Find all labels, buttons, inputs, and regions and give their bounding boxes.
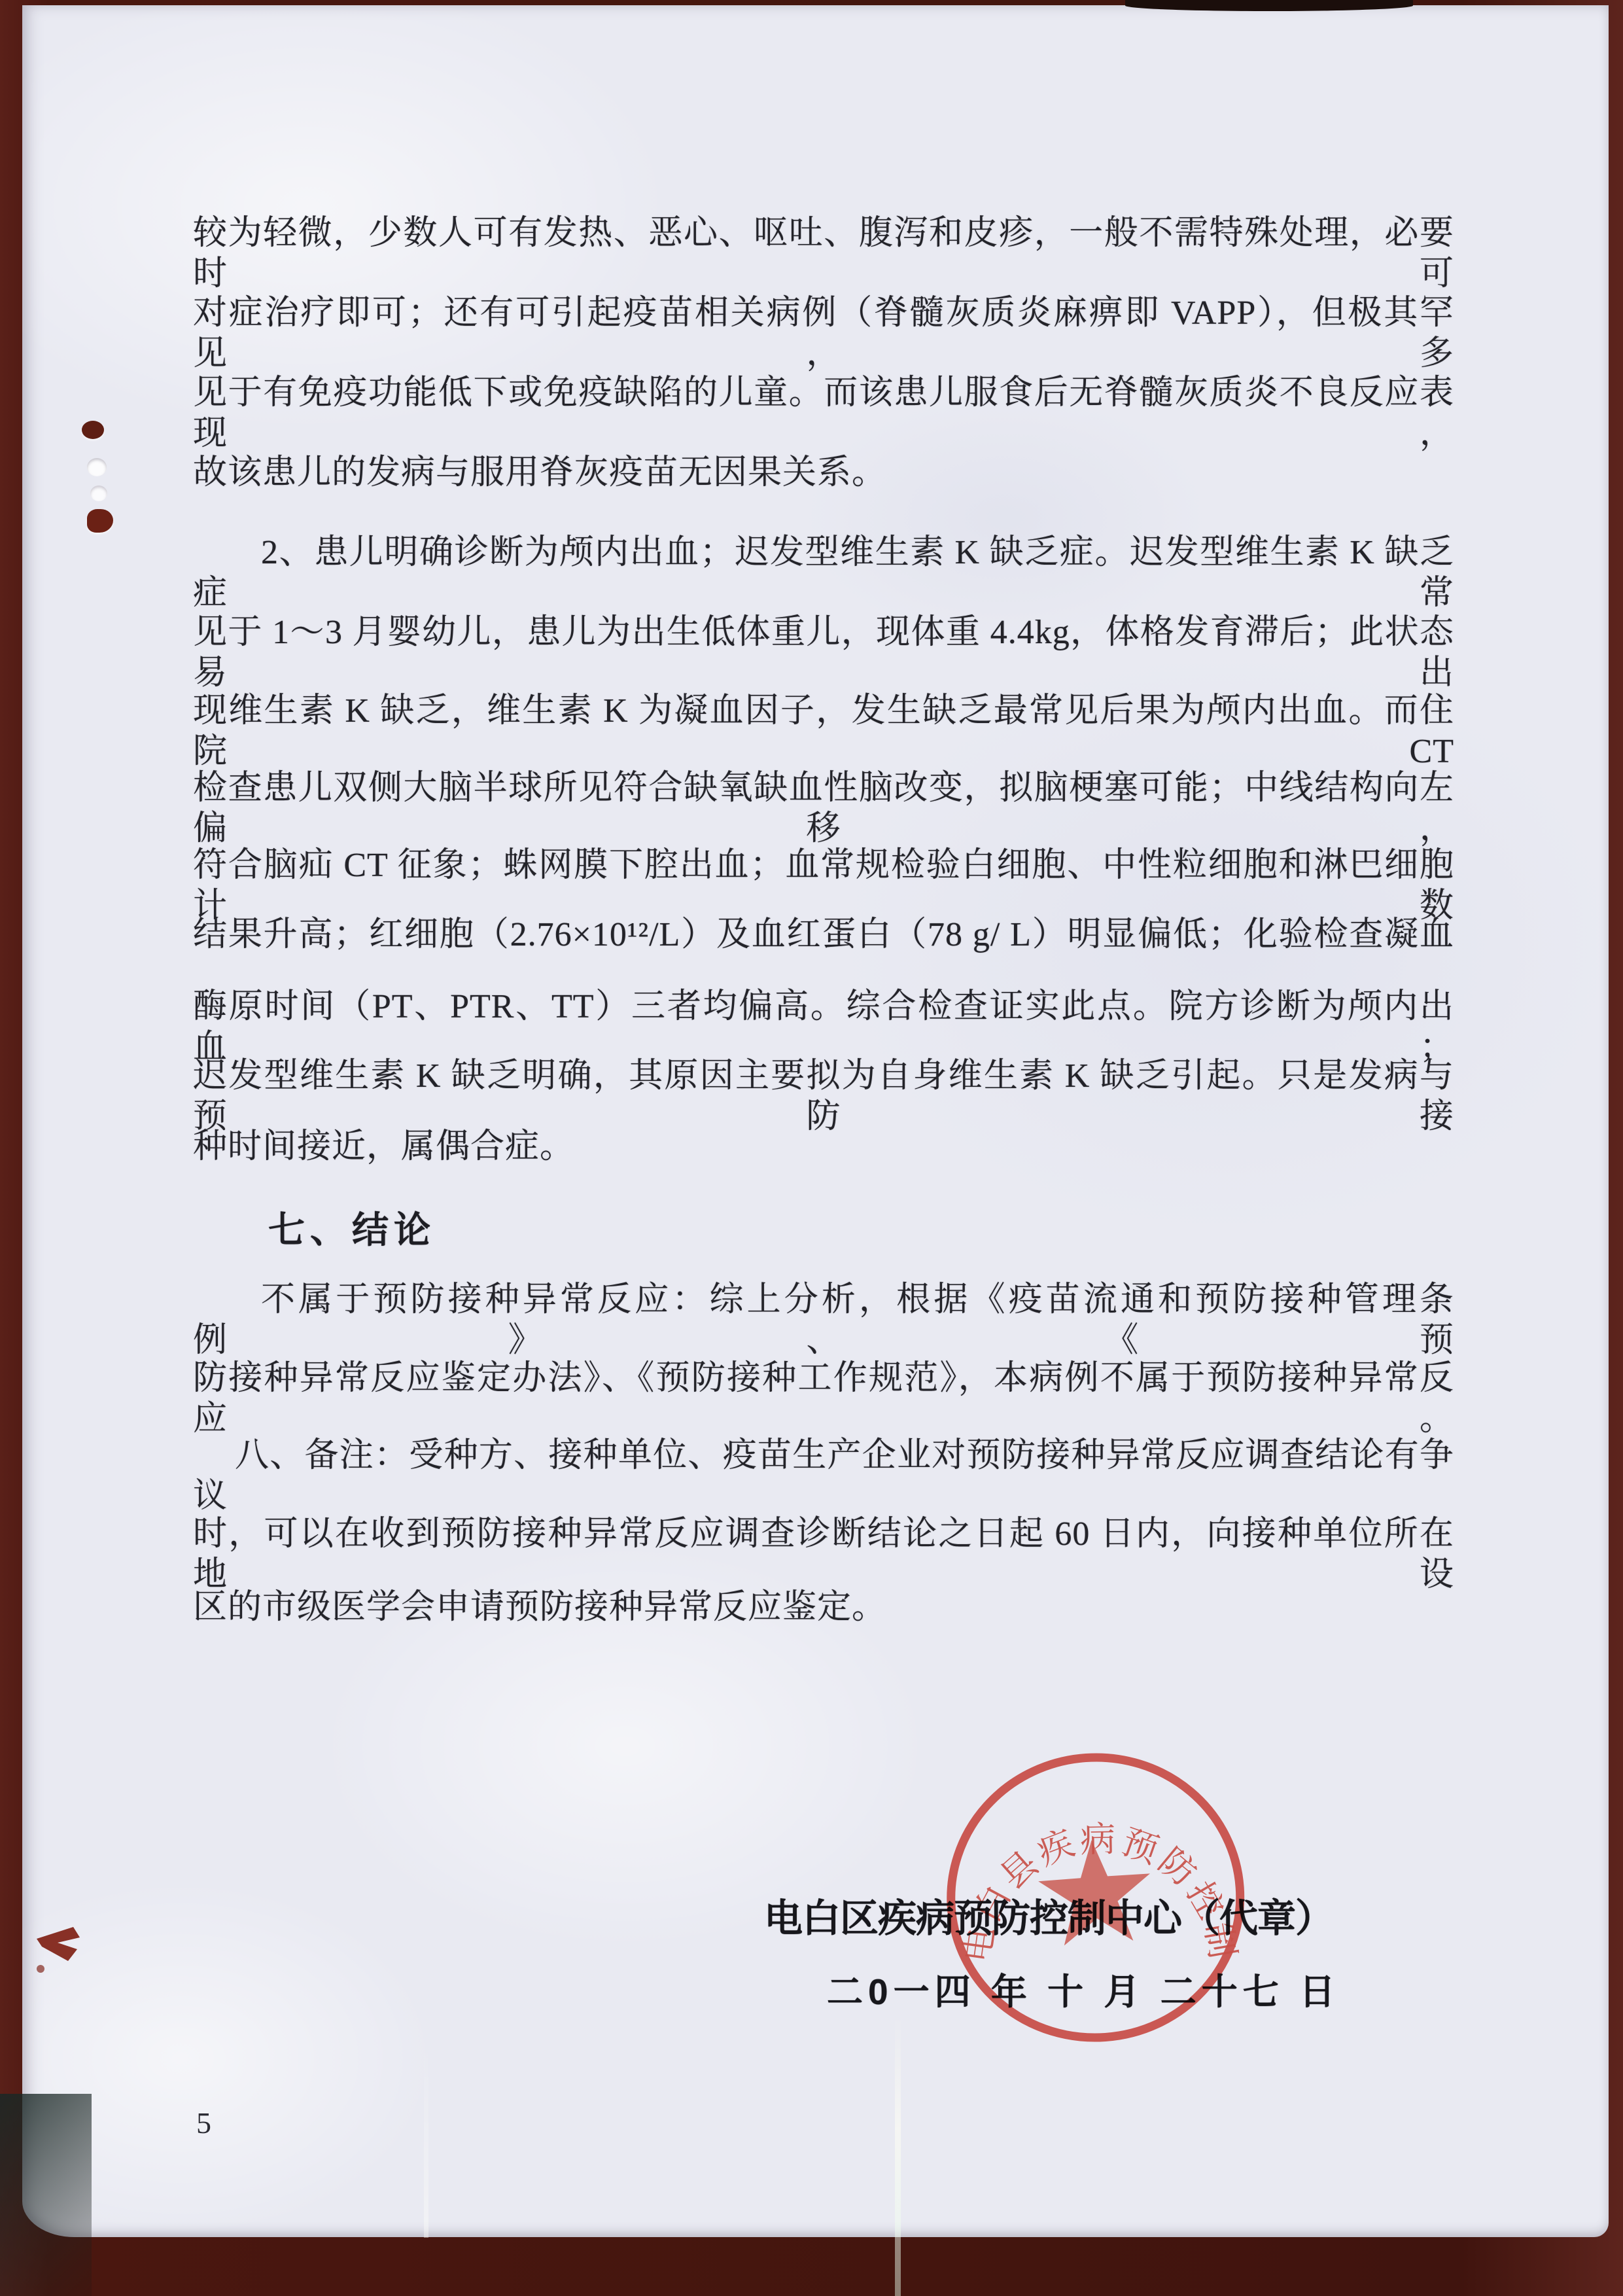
staple-hole-emboss: [87, 458, 107, 476]
body-text-line: 八、备注：受种方、接种单位、疫苗生产企业对预防接种异常反应调查结论有争议: [193, 1436, 1454, 1517]
body-text-line: 对症治疗即可；还有可引起疫苗相关病例（脊髓灰质炎麻痹即 VAPP），但极其罕见，…: [193, 293, 1454, 374]
body-text-line: 见于有免疫功能低下或免疫缺陷的儿童。而该患儿服食后无脊髓灰质炎不良反应表现，: [193, 373, 1454, 454]
scanner-lid-shadow: [1125, 0, 1413, 11]
body-text-line: 结果升高；红细胞（2.76×10¹²/L）及血红蛋白（78 g/ L）明显偏低；…: [193, 915, 1454, 955]
body-text-line: 较为轻微，少数人可有发热、恶心、呕吐、腹泻和皮疹，一般不需特殊处理，必要时可: [193, 213, 1454, 294]
body-text-line: 种时间接近，属偶合症。: [193, 1127, 1454, 1167]
body-text-line: 2、患儿明确诊断为颅内出血；迟发型维生素 K 缺乏症。迟发型维生素 K 缺乏症常: [193, 533, 1454, 614]
body-text-line: 现维生素 K 缺乏，维生素 K 为凝血因子，发生缺乏最常见后果为颅内出血。而住院…: [193, 691, 1454, 772]
body-text-line: 见于 1～3 月婴幼儿，患儿为出生低体重儿，现体重 4.4kg，体格发育滞后；此…: [193, 612, 1454, 694]
staple-hole-emboss: [90, 486, 107, 501]
body-text-line: 故该患儿的发病与服用脊灰疫苗无因果关系。: [193, 453, 1454, 493]
staple-hole: [82, 421, 104, 439]
body-text-line: 检查患儿双侧大脑半球所见符合缺氧缺血性脑改变，拟脑梗塞可能；中线结构向左偏移，: [193, 768, 1454, 849]
body-text-line: 不属于预防接种异常反应：综上分析，根据《疫苗流通和预防接种管理条例》、《预: [193, 1280, 1454, 1361]
body-text-line: 防接种异常反应鉴定办法》、《预防接种工作规范》，本病例不属于预防接种异常反应。: [193, 1358, 1454, 1439]
official-seal-stamp: 电白县疾病预防控制中心: [933, 1742, 1259, 2058]
body-text-line: 时，可以在收到预防接种异常反应调查诊断结论之日起 60 日内，向接种单位所在地设: [193, 1514, 1454, 1595]
page-number: 5: [196, 2106, 211, 2140]
section-heading-conclusion: 七、结论: [268, 1201, 436, 1254]
scanner-bed-corner-shadow: [0, 2094, 92, 2296]
body-text-line: 区的市级医学会申请预防接种异常反应鉴定。: [193, 1587, 1454, 1628]
body-text-line: 迟发型维生素 K 缺乏明确，其原因主要拟为自身维生素 K 缺乏引起。只是发病与预…: [193, 1056, 1454, 1137]
red-ink-mark: [31, 1920, 103, 1979]
